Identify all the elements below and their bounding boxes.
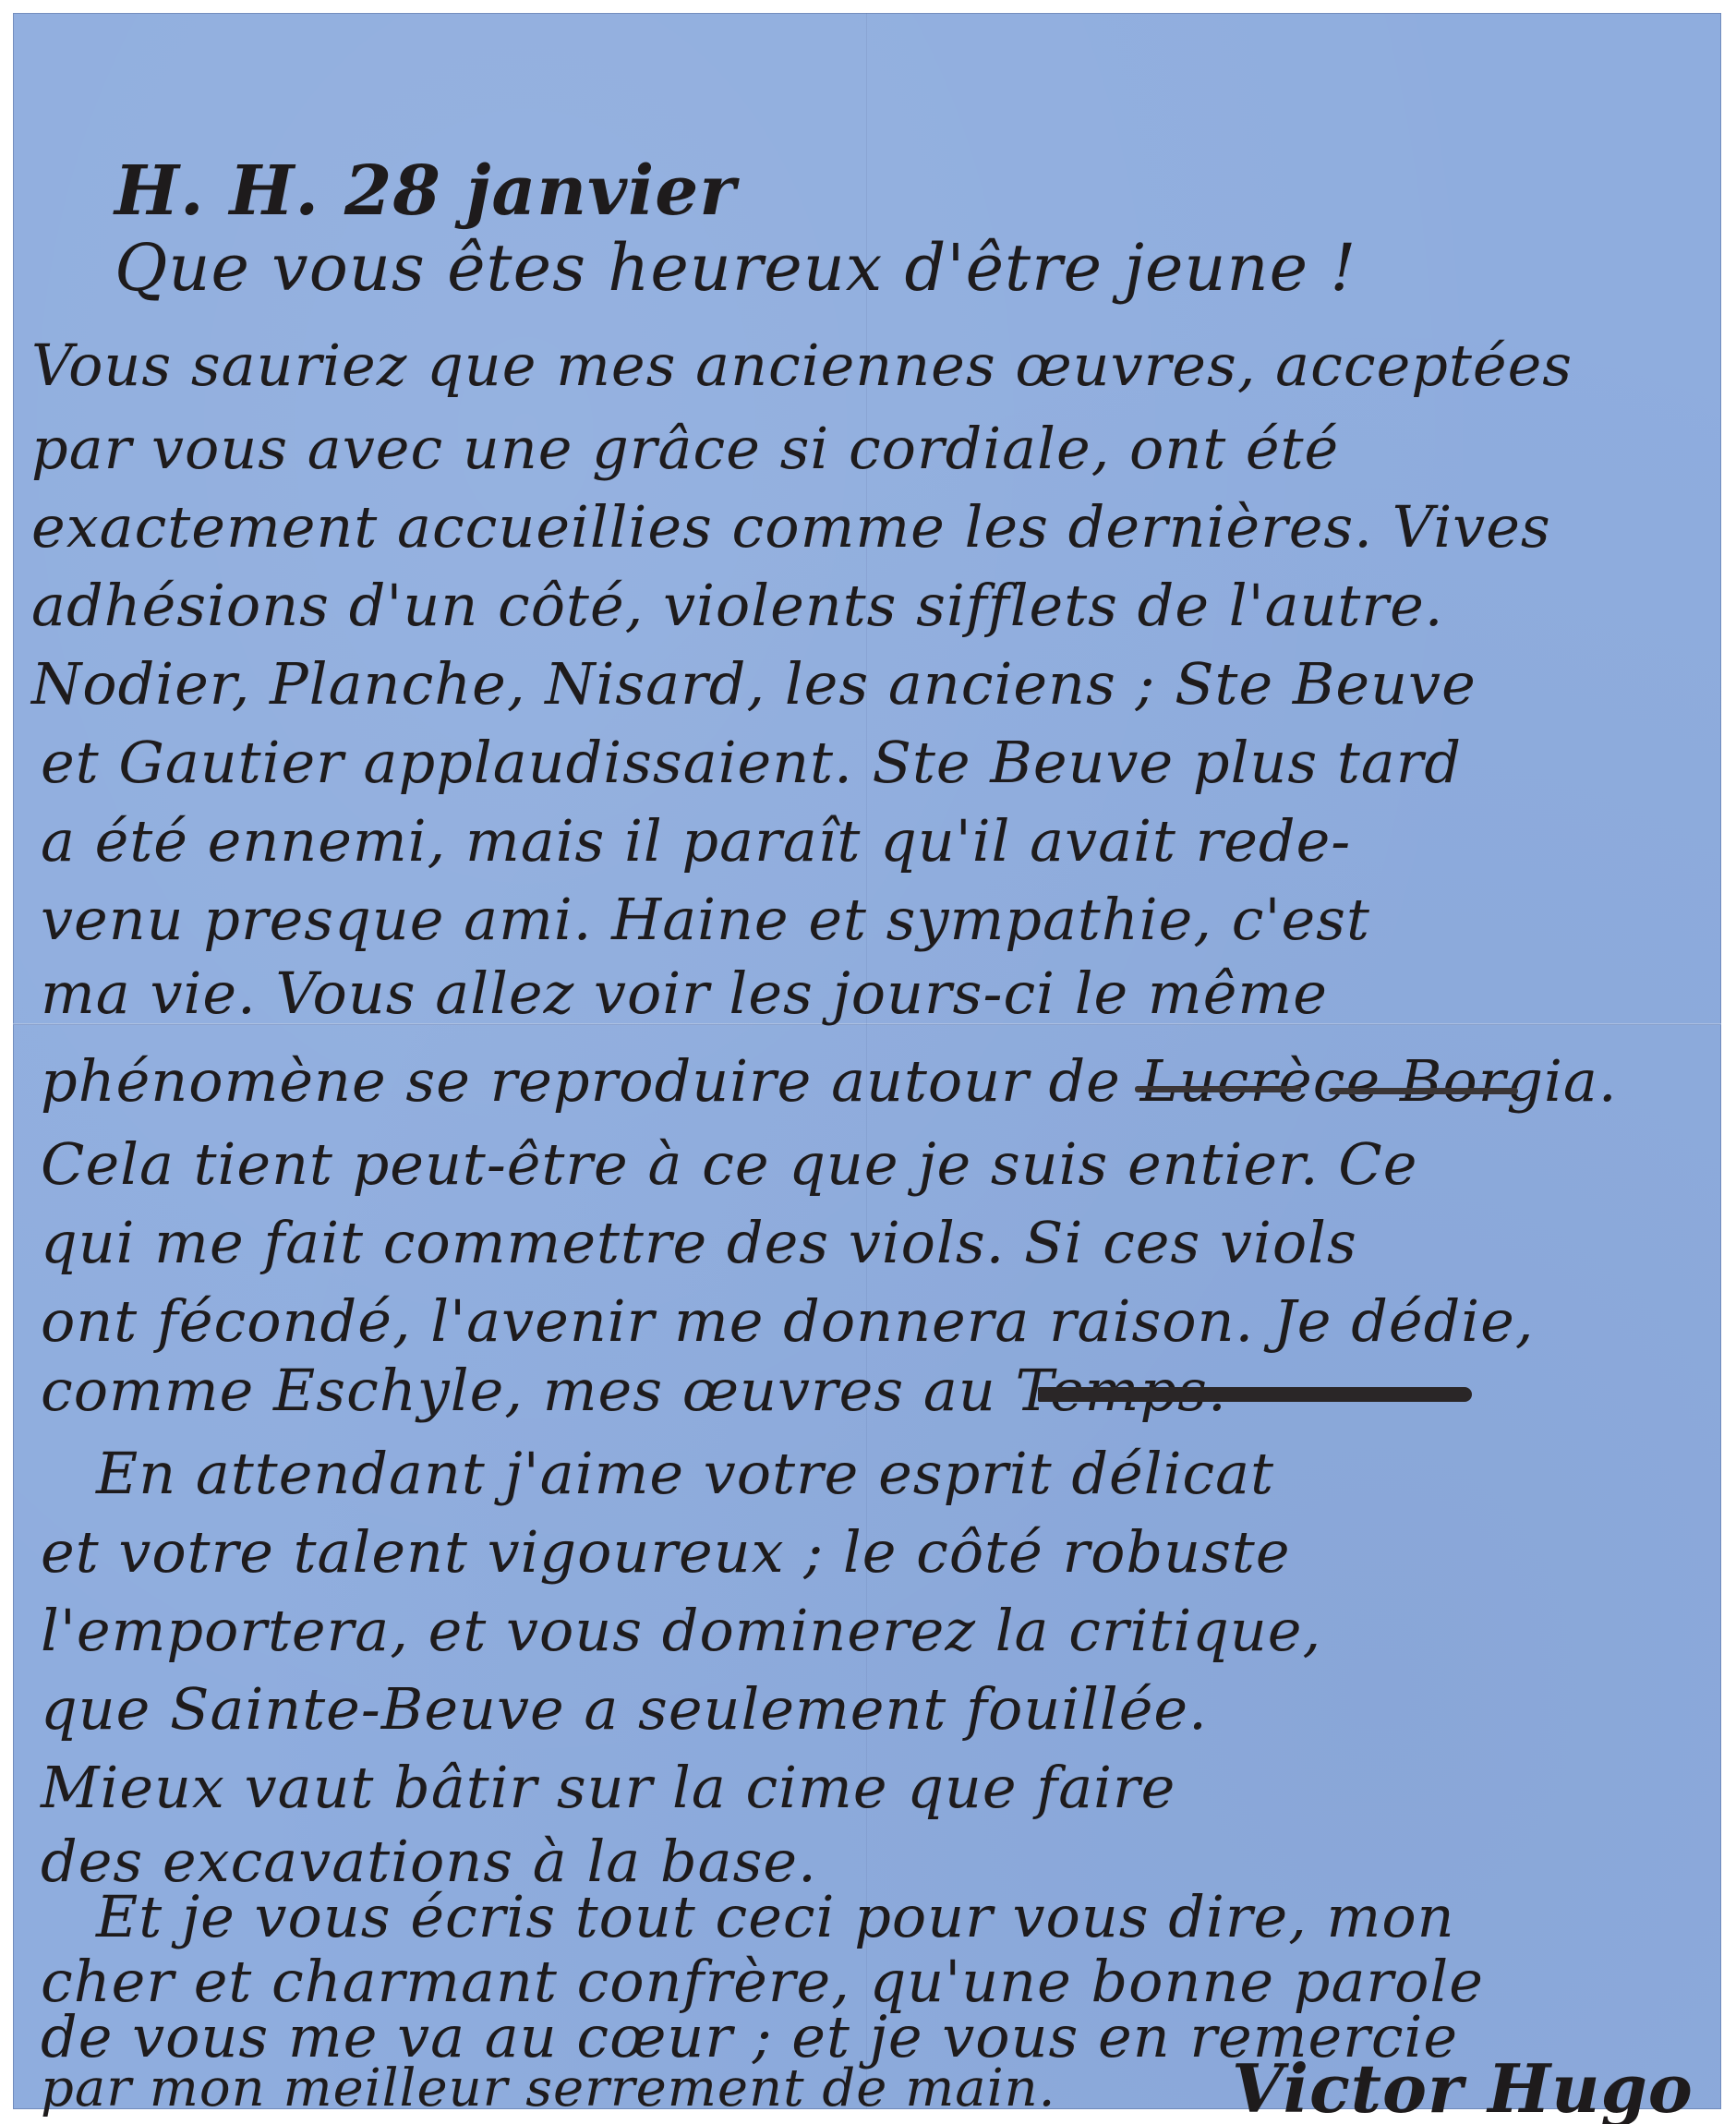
letter-line-11: phénomène se reproduire autour de Lucrèc… (41, 1047, 1618, 1115)
letter-line-17: et votre talent vigoureux ; le côté robu… (41, 1518, 1291, 1586)
letter-line-8: a été ennemi, mais il paraît qu'il avait… (41, 807, 1351, 875)
letter-line-20: Mieux vaut bâtir sur la cime que faire (41, 1754, 1175, 1821)
underline-borgia (1329, 1088, 1518, 1094)
letter-line-1: Que vous êtes heureux d'être jeune ! (115, 230, 1356, 306)
letter-line-3: par vous avec une grâce si cordiale, ont… (31, 415, 1339, 482)
letter-line-7: et Gautier applaudissaient. Ste Beuve pl… (41, 729, 1462, 796)
letter-line-5: adhésions d'un côté, violents sifflets d… (31, 572, 1443, 639)
letter-line-14: ont fécondé, l'avenir me donnera raison.… (41, 1287, 1535, 1355)
letter-line-6: Nodier, Planche, Nisard, les anciens ; S… (31, 650, 1477, 718)
letter-line-13: qui me fait commettre des viols. Si ces … (41, 1209, 1357, 1276)
letter-line-22: Et je vous écris tout ceci pour vous dir… (96, 1883, 1455, 1950)
letter-line-25: par mon meilleur serrement de main. (41, 2058, 1055, 2118)
letter-line-9: venu presque ami. Haine et sympathie, c'… (41, 886, 1370, 953)
letter-line-18: l'emportera, et vous dominerez la critiq… (41, 1597, 1321, 1664)
underline-lucrece (1135, 1086, 1301, 1092)
letter-line-12: Cela tient peut-être à ce que je suis en… (41, 1130, 1417, 1198)
letter-paper: H. H. 28 janvier Que vous êtes heureux d… (13, 13, 1721, 2109)
letter-line-2: Vous sauriez que mes anciennes œuvres, a… (31, 332, 1573, 399)
dateline: H. H. 28 janvier (115, 151, 736, 231)
letter-line-4: exactement accueillies comme les dernièr… (31, 493, 1551, 561)
letter-line-16: En attendant j'aime votre esprit délicat (96, 1440, 1274, 1507)
signature: Victor Hugo (1232, 2049, 1694, 2124)
underline-au-temps (1038, 1387, 1472, 1402)
letter-line-10: ma vie. Vous allez voir les jours-ci le … (41, 959, 1328, 1027)
letter-line-19: que Sainte-Beuve a seulement fouillée. (41, 1675, 1208, 1743)
